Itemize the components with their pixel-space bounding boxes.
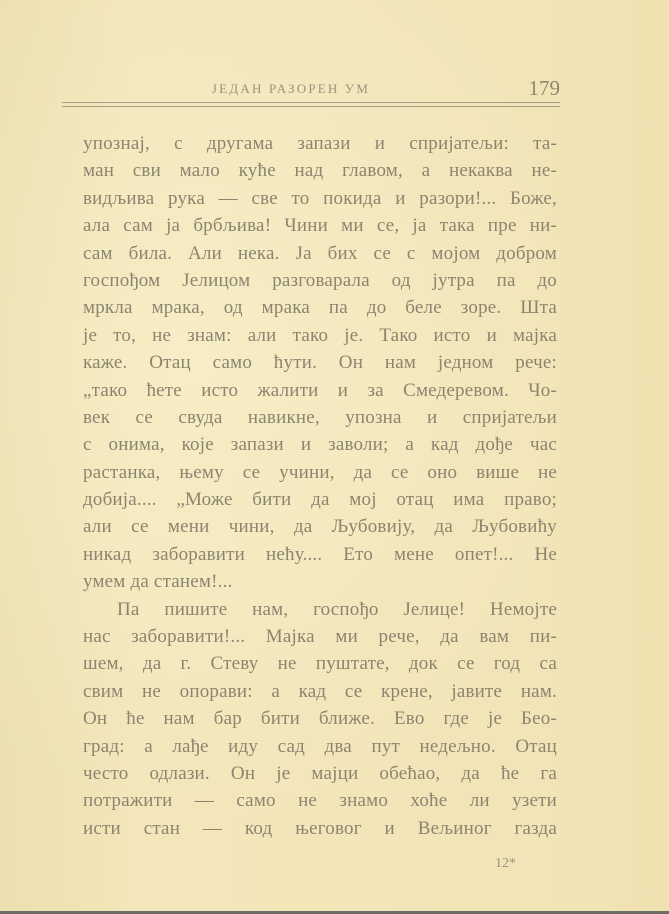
text-line: шем, да г. Стеву не пуштате, док се год …	[83, 650, 557, 677]
text-line: госпођом Јелицом разговарала од јутра па…	[83, 267, 557, 294]
book-page: ЈЕДАН РАЗОРЕН УМ 179 упознај, с другама …	[0, 0, 669, 911]
text-line: свим не опорави: а кад се крене, јавите …	[83, 678, 557, 705]
text-line: век се свуда навикне, упозна и спријатељ…	[83, 404, 557, 431]
text-line: Он ће нам бар бити ближе. Ево где је Бео…	[83, 705, 557, 732]
text-line: често одлази. Он је мајци обећао, да ће …	[83, 760, 557, 787]
signature-mark: 12*	[495, 856, 516, 872]
text-line: видљива рука — све то покида и разори!..…	[83, 185, 557, 212]
text-line: ала сам ја брбљива! Чини ми се, ја така …	[83, 212, 557, 239]
text-line: добија.... „Може бити да мој отац има пр…	[83, 486, 557, 513]
header-double-rule	[62, 102, 560, 107]
text-line: сам била. Али нека. Ја бих се с мојом до…	[83, 240, 557, 267]
text-line: упознај, с другама запази и спријатељи: …	[83, 130, 557, 157]
body-text: упознај, с другама запази и спријатељи: …	[83, 130, 557, 842]
text-line: град: а лађе иду сад два пут недељно. От…	[83, 733, 557, 760]
text-line: Па пишите нам, госпођо Јелице! Немојте	[83, 596, 557, 623]
running-title: ЈЕДАН РАЗОРЕН УМ	[62, 81, 560, 97]
running-head: ЈЕДАН РАЗОРЕН УМ 179	[62, 76, 560, 102]
text-line: мркла мрака, од мрака па до беле зоре. Ш…	[83, 294, 557, 321]
text-line: исти стан — код његовог и Вељиног газда	[83, 815, 557, 842]
text-line: нас заборавити!... Мајка ми рече, да вам…	[83, 623, 557, 650]
text-line: каже. Отац само ћути. Он нам једном рече…	[83, 349, 557, 376]
text-line: ман сви мало куће над главом, а некаква …	[83, 157, 557, 184]
page-number: 179	[529, 76, 561, 101]
text-line: с онима, које запази и заволи; а кад дођ…	[83, 431, 557, 458]
text-line: никад заборавити нећу.... Ето мене опет!…	[83, 541, 557, 568]
text-line: умем да станем!...	[83, 568, 557, 595]
text-line: растанка, њему се учини, да се оно више …	[83, 459, 557, 486]
text-line: „тако ћете исто жалити и за Смедеревом. …	[83, 377, 557, 404]
text-line: потражити — само не знамо хоће ли узети	[83, 787, 557, 814]
text-line: али се мени чини, да Љубовију, да Љубови…	[83, 513, 557, 540]
text-line: је то, не знам: али тако је. Тако исто и…	[83, 322, 557, 349]
